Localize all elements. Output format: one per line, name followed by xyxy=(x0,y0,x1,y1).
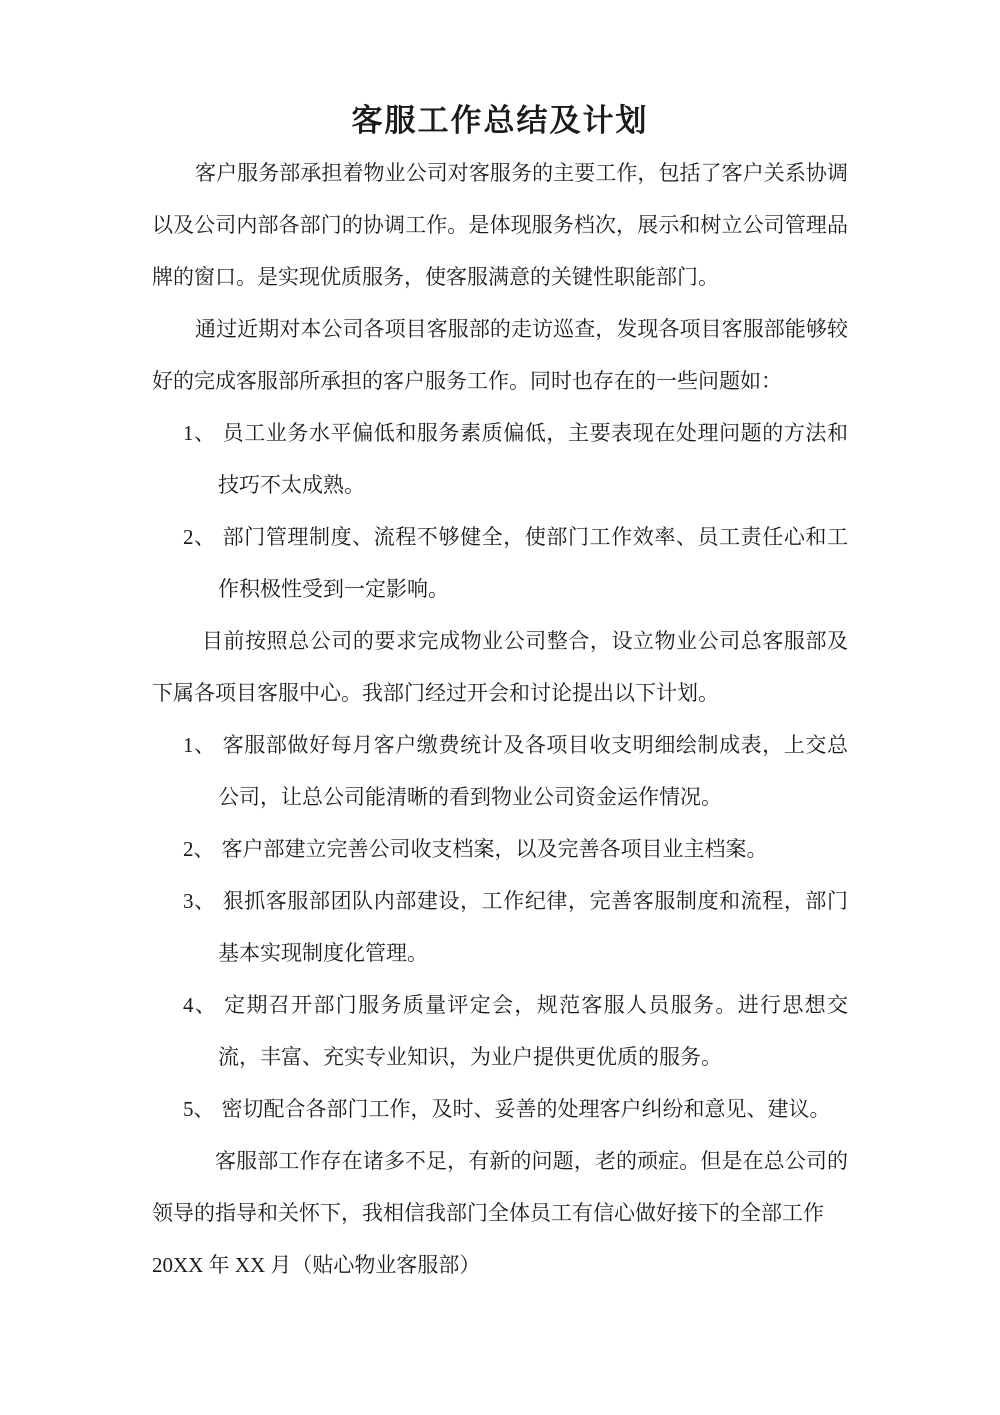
list-item-number: 1、 xyxy=(183,421,216,445)
document-page: 客服工作总结及计划 客户服务部承担着物业公司对客服务的主要工作，包括了客户关系协… xyxy=(0,0,1000,1415)
list-item-text: 狠抓客服部团队内部建设，工作纪律，完善客服制度和流程，部门基本实现制度化管理。 xyxy=(218,889,848,965)
list-item-text: 定期召开部门服务质量评定会，规范客服人员服务。进行思想交流，丰富、充实专业知识，… xyxy=(218,993,848,1069)
list-item-number: 2、 xyxy=(183,525,216,549)
list-item-text: 员工业务水平偏低和服务素质偏低，主要表现在处理问题的方法和技巧不太成熟。 xyxy=(218,421,848,497)
paragraph-intro: 客户服务部承担着物业公司对客服务的主要工作，包括了客户关系协调以及公司内部各部门… xyxy=(152,147,848,303)
paragraph-inspection: 通过近期对本公司各项目客服部的走访巡查，发现各项目客服部能够较好的完成客服部所承… xyxy=(152,303,848,407)
paragraph-closing: 客服部工作存在诸多不足，有新的问题，老的顽症。但是在总公司的领导的指导和关怀下，… xyxy=(152,1135,848,1239)
list-item-text: 客户部建立完善公司收支档案，以及完善各项目业主档案。 xyxy=(222,837,768,861)
list-item-number: 2、 xyxy=(183,837,215,861)
paragraph-signature: 20XX 年 XX 月（贴心物业客服部） xyxy=(152,1239,848,1291)
document-title: 客服工作总结及计划 xyxy=(152,95,848,147)
list-item-text: 部门管理制度、流程不够健全，使部门工作效率、员工责任心和工作积极性受到一定影响。 xyxy=(218,525,848,601)
list-item: 2、部门管理制度、流程不够健全，使部门工作效率、员工责任心和工作积极性受到一定影… xyxy=(152,511,848,615)
list-item: 1、客服部做好每月客户缴费统计及各项目收支明细绘制成表，上交总公司，让总公司能清… xyxy=(152,719,848,823)
list-item: 2、客户部建立完善公司收支档案，以及完善各项目业主档案。 xyxy=(152,823,848,875)
list-item: 1、员工业务水平偏低和服务素质偏低，主要表现在处理问题的方法和技巧不太成熟。 xyxy=(152,407,848,511)
list-item-number: 4、 xyxy=(183,993,217,1017)
list-item-number: 3、 xyxy=(183,889,216,913)
list-item-number: 1、 xyxy=(183,733,216,757)
paragraph-integration: 目前按照总公司的要求完成物业公司整合，设立物业公司总客服部及下属各项目客服中心。… xyxy=(152,615,848,719)
list-item: 4、定期召开部门服务质量评定会，规范客服人员服务。进行思想交流，丰富、充实专业知… xyxy=(152,979,848,1083)
list-item-text: 客服部做好每月客户缴费统计及各项目收支明细绘制成表，上交总公司，让总公司能清晰的… xyxy=(218,733,848,809)
list-item-number: 5、 xyxy=(183,1097,215,1121)
list-item: 5、密切配合各部门工作，及时、妥善的处理客户纠纷和意见、建议。 xyxy=(152,1083,848,1135)
list-item: 3、狠抓客服部团队内部建设，工作纪律，完善客服制度和流程，部门基本实现制度化管理… xyxy=(152,875,848,979)
list-item-text: 密切配合各部门工作，及时、妥善的处理客户纠纷和意见、建议。 xyxy=(222,1097,831,1121)
